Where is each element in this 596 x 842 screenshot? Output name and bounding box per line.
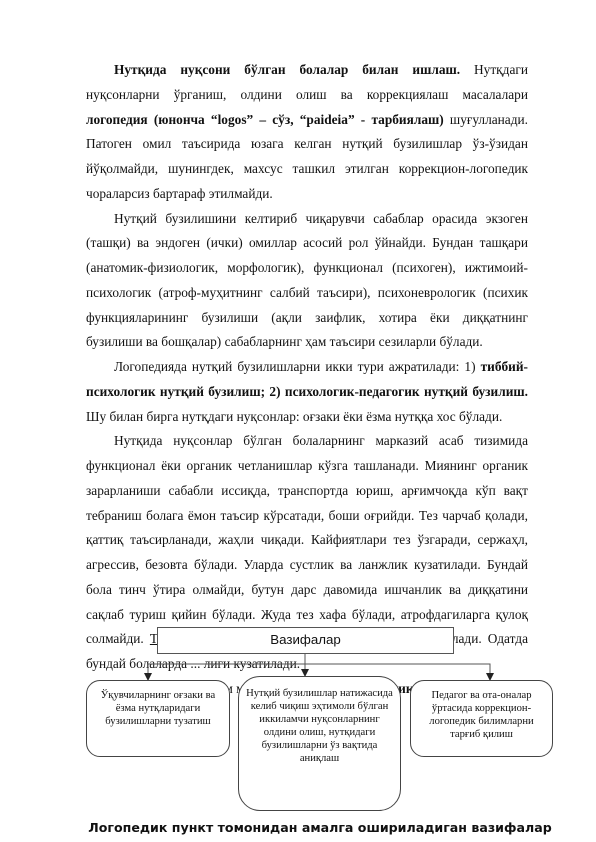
diagram-box-promotion: Педагог ва ота-оналар ўртасида коррекцио… (410, 680, 553, 757)
body-text: Нутқида нуқсони бўлган болалар билан ишл… (86, 58, 528, 702)
diagram-box-correction: Ўқувчиларнинг оғзаки ва ёзма нутқларидаг… (86, 680, 230, 757)
paragraph-1: Нутқида нуқсони бўлган болалар билан ишл… (86, 58, 528, 207)
diagram-box-prevention: Нутқий бузилишлар натижасида келиб чиқиш… (238, 676, 401, 811)
paragraph-2: Нутқий бузилишини келтириб чиқарувчи саб… (86, 207, 528, 356)
diagram-caption: Логопедик пункт томонидан амалга оширила… (60, 820, 580, 836)
section-heading: Нутқида нуқсони бўлган болалар билан ишл… (114, 62, 460, 77)
document-page: Нутқида нуқсони бўлган болалар билан ишл… (0, 0, 596, 842)
diagram-head-box: Вазифалар (157, 627, 454, 654)
paragraph-3: Логопедияда нутқий бузилишларни икки тур… (86, 355, 528, 429)
